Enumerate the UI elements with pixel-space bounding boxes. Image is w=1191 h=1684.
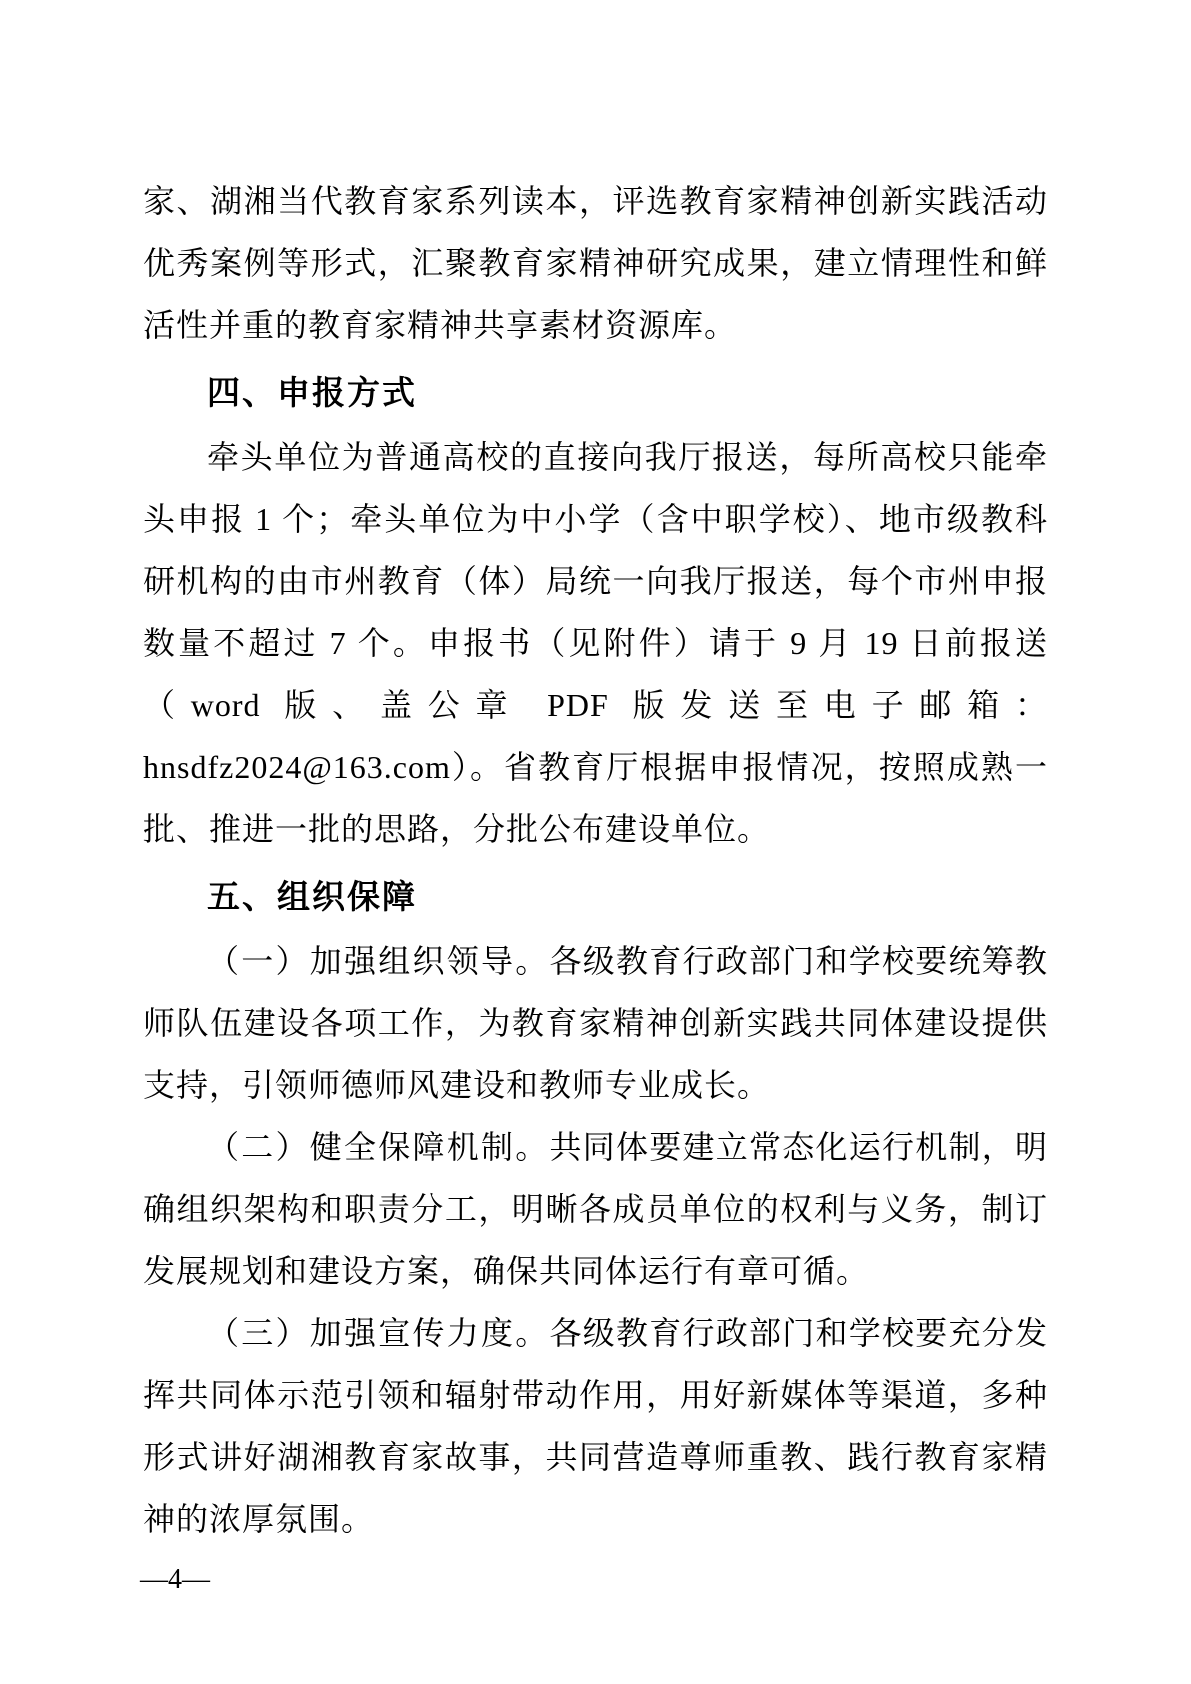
paragraph-item-1: （一）加强组织领导。各级教育行政部门和学校要统筹教师队伍建设各项工作，为教育家精… xyxy=(143,930,1048,1116)
paragraph-item-3-lead: （三）加强宣传力度。 xyxy=(207,1315,550,1351)
paragraph-item-3: （三）加强宣传力度。各级教育行政部门和学校要充分发挥共同体示范引领和辐射带动作用… xyxy=(143,1302,1048,1550)
paragraph-item-2-lead: （二）健全保障机制。 xyxy=(207,1129,550,1165)
page-number: —4— xyxy=(140,1560,210,1600)
paragraph-application-method: 牵头单位为普通高校的直接向我厅报送，每所高校只能牵头申报 1 个；牵头单位为中小… xyxy=(143,426,1048,860)
document-content: 家、湖湘当代教育家系列读本，评选教育家精神创新实践活动优秀案例等形式，汇聚教育家… xyxy=(143,170,1048,1550)
paragraph-resource-library-continuation: 家、湖湘当代教育家系列读本，评选教育家精神创新实践活动优秀案例等形式，汇聚教育家… xyxy=(143,170,1048,356)
section-heading-organizational-support: 五、组织保障 xyxy=(143,866,1048,928)
paragraph-item-1-lead: （一）加强组织领导。 xyxy=(207,943,550,979)
document-page: 家、湖湘当代教育家系列读本，评选教育家精神创新实践活动优秀案例等形式，汇聚教育家… xyxy=(0,0,1191,1684)
section-heading-application-method: 四、申报方式 xyxy=(143,362,1048,424)
paragraph-item-2: （二）健全保障机制。共同体要建立常态化运行机制，明确组织架构和职责分工，明晰各成… xyxy=(143,1116,1048,1302)
